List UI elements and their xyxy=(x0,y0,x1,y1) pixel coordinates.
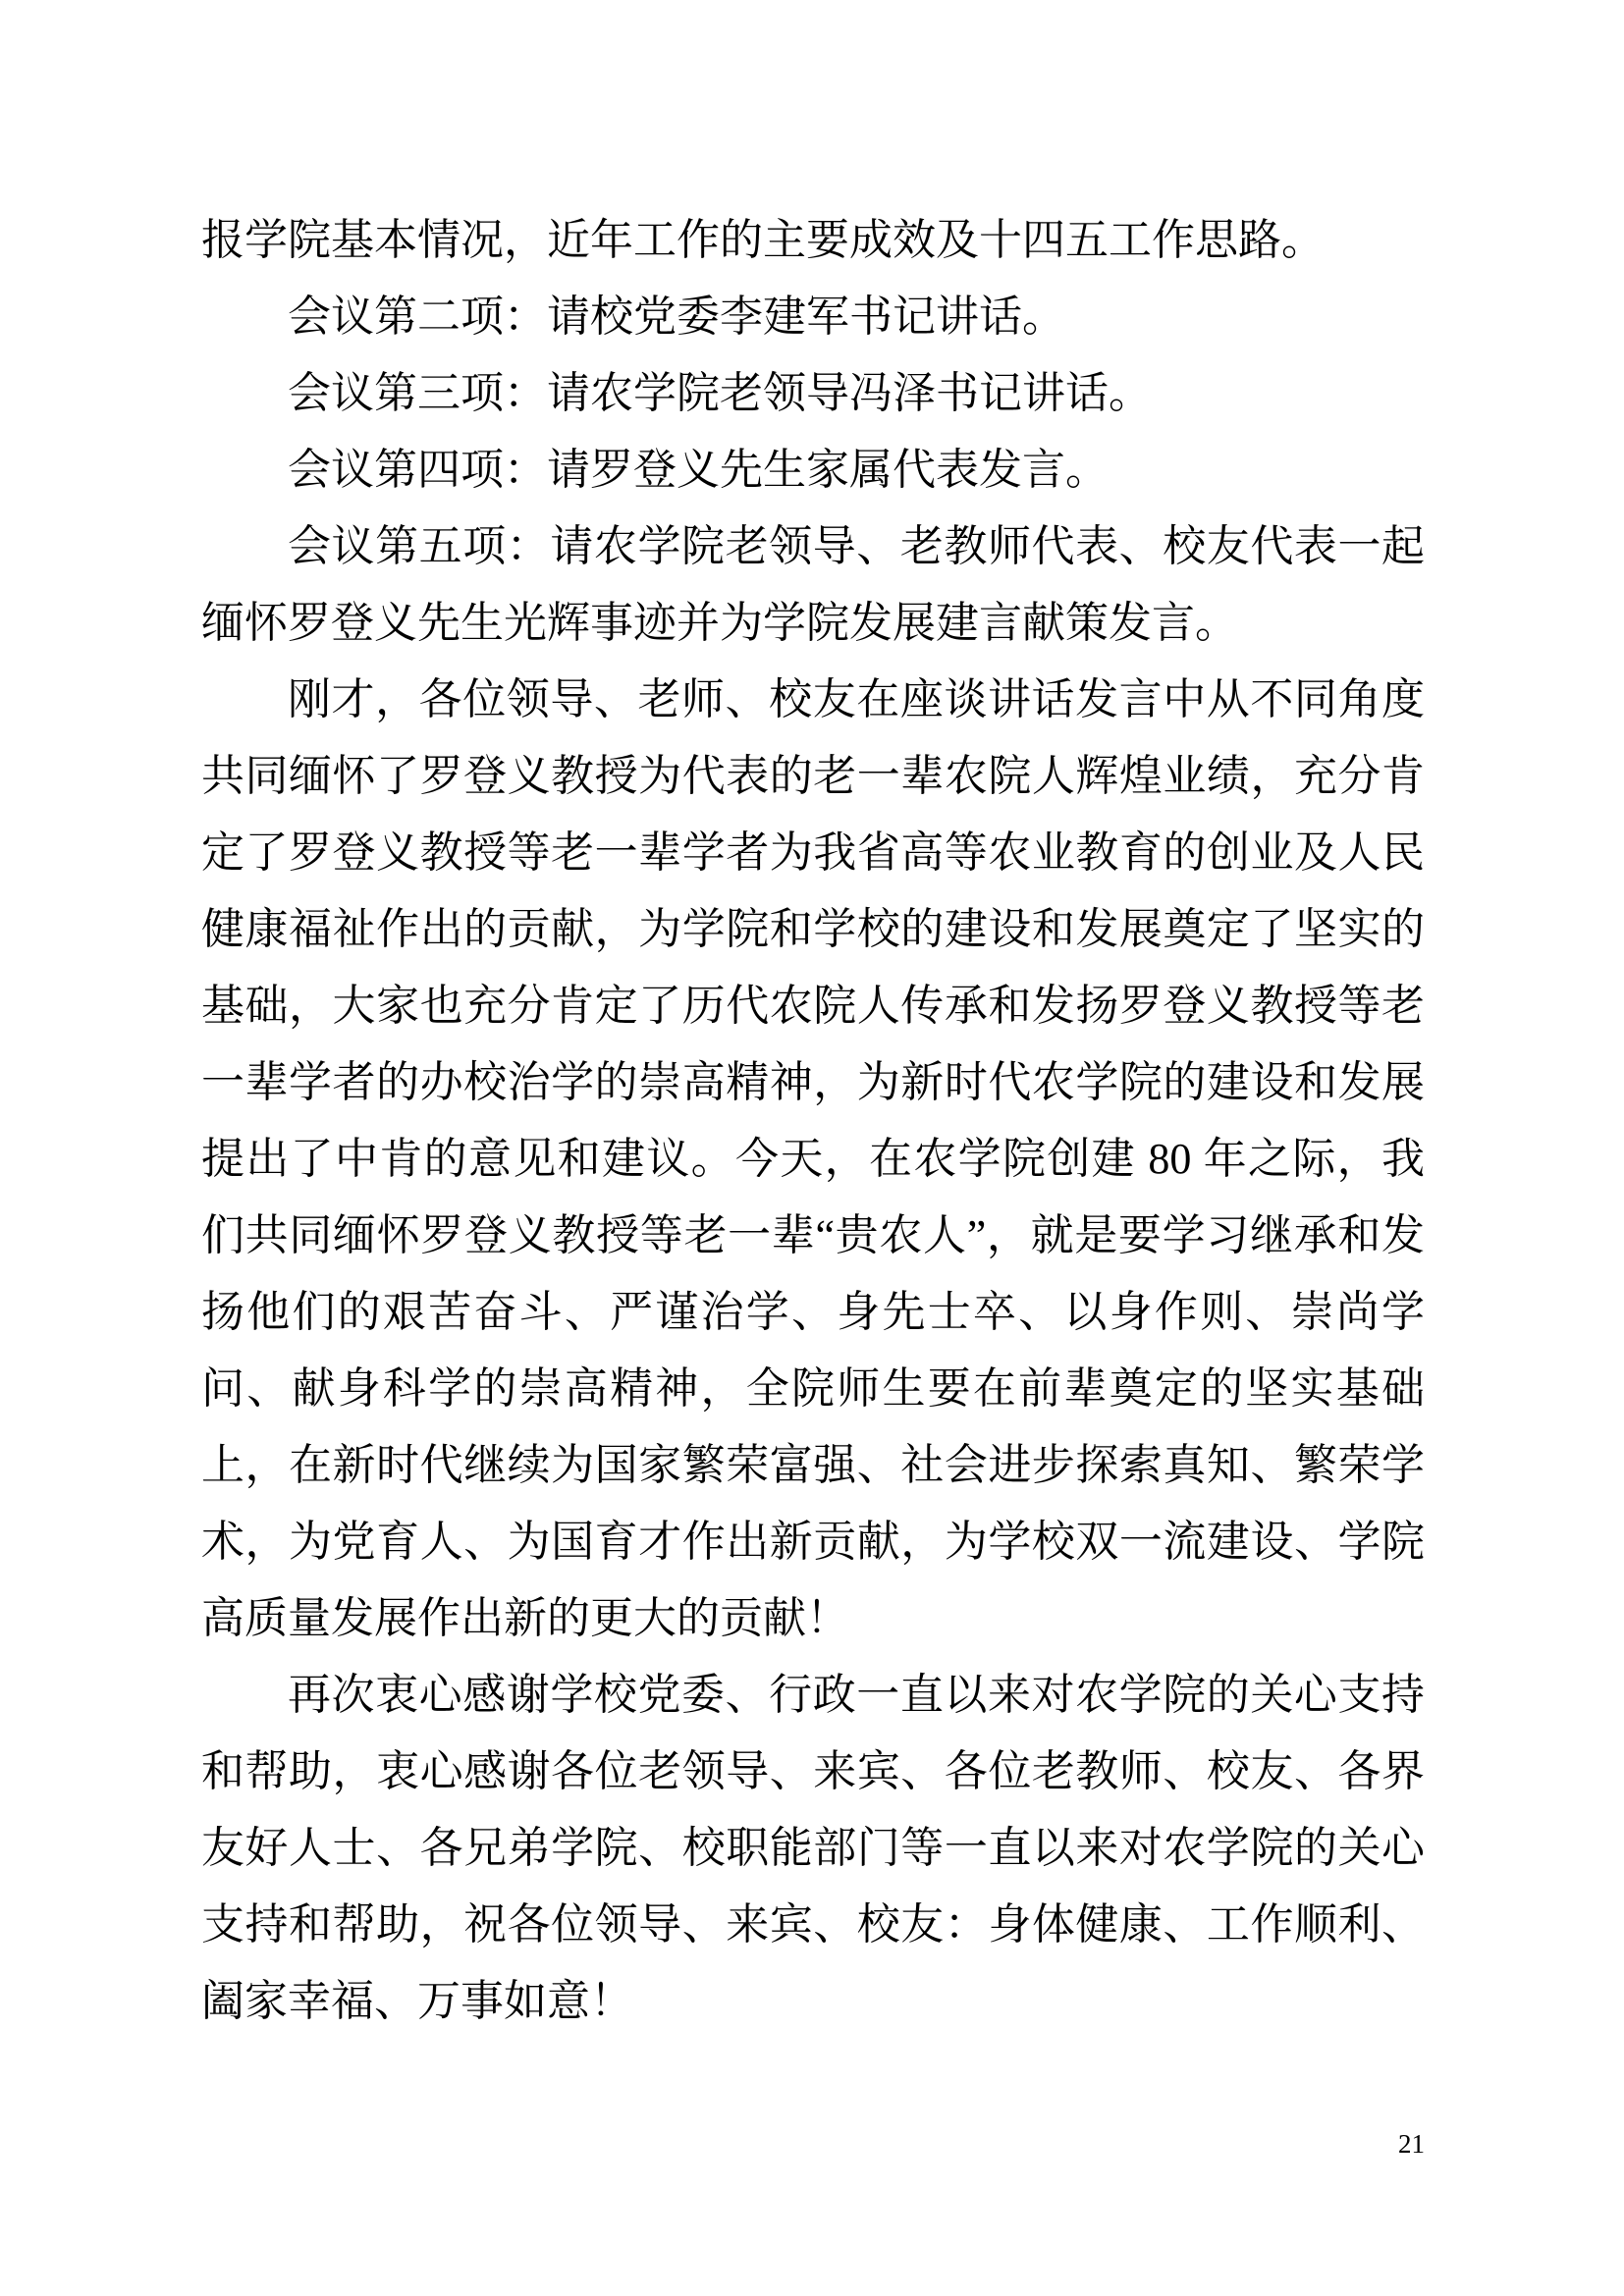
page-footer: 21 xyxy=(201,2128,1425,2160)
paragraph-agenda-item-2: 会议第二项：请校党委李建军书记讲话。 xyxy=(201,279,1425,355)
paragraph-continuation: 报学院基本情况，近年工作的主要成效及十四五工作思路。 xyxy=(201,202,1425,279)
page-number: 21 xyxy=(1398,2129,1425,2159)
paragraph-closing-thanks: 再次衷心感谢学校党委、行政一直以来对农学院的关心支持和帮助，衷心感谢各位老领导、… xyxy=(201,1657,1425,2040)
paragraph-agenda-item-3: 会议第三项：请农学院老领导冯泽书记讲话。 xyxy=(201,355,1425,432)
document-body: 报学院基本情况，近年工作的主要成效及十四五工作思路。 会议第二项：请校党委李建军… xyxy=(201,202,1425,2040)
paragraph-agenda-item-5: 会议第五项：请农学院老领导、老教师代表、校友代表一起缅怀罗登义先生光辉事迹并为学… xyxy=(201,508,1425,662)
paragraph-summary-remarks: 刚才，各位领导、老师、校友在座谈讲话发言中从不同角度共同缅怀了罗登义教授为代表的… xyxy=(201,662,1425,1657)
document-page: 报学院基本情况，近年工作的主要成效及十四五工作思路。 会议第二项：请校党委李建军… xyxy=(0,0,1624,2296)
paragraph-agenda-item-4: 会议第四项：请罗登义先生家属代表发言。 xyxy=(201,432,1425,508)
